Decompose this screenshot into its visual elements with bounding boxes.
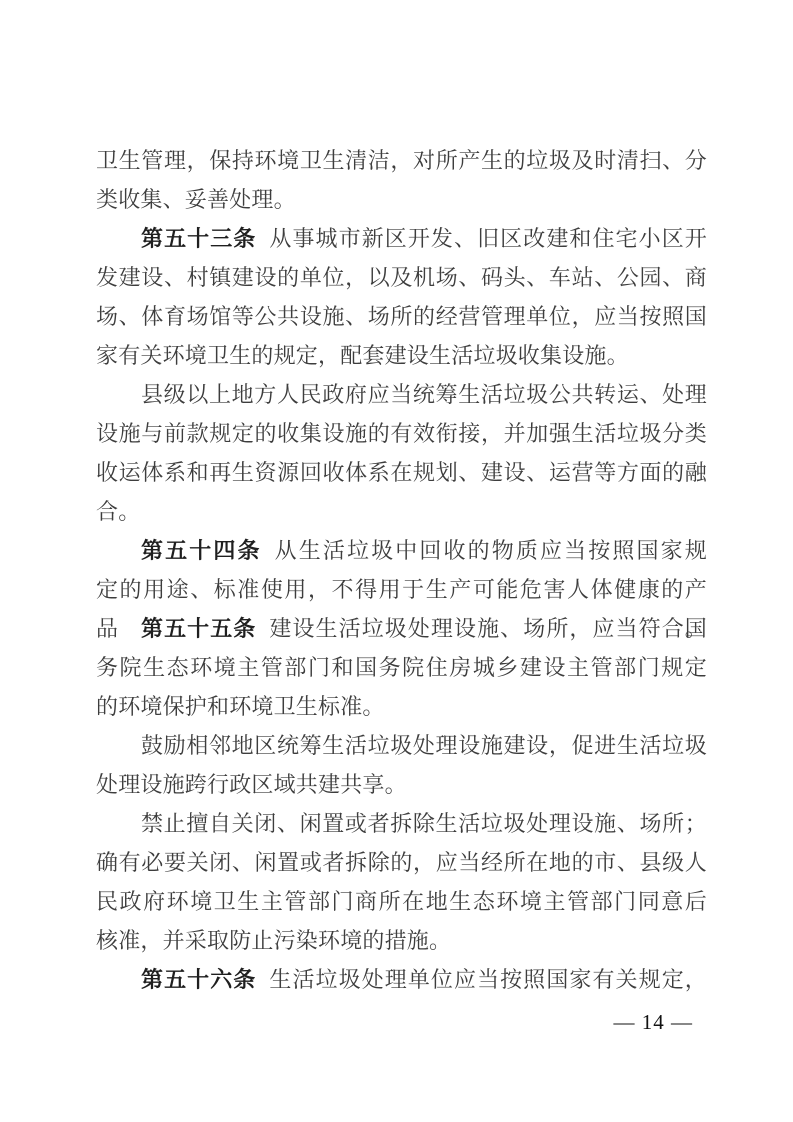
text-line: 民政府环境卫生主管部门商所在地生态环境主管部门同意后 [96, 882, 707, 921]
document-body: 卫生管理，保持环境卫生清洁，对所产生的垃圾及时清扫、分 类收集、妥善处理。 第五… [96, 141, 707, 999]
page-number: — 14 — [614, 1008, 694, 1036]
text-line-body: 从事城市新区开发、旧区改建和住宅小区开 [269, 226, 707, 251]
text-line: 处理设施跨行政区域共建共享。 [96, 765, 707, 804]
text-line: 第五十六条生活垃圾处理单位应当按照国家有关规定， [96, 960, 707, 999]
text-line: 确有必要关闭、闲置或者拆除的，应当经所在地的市、县级人 [96, 843, 707, 882]
text-line: 家有关环境卫生的规定，配套建设生活垃圾收集设施。 [96, 336, 707, 375]
text-line: 定的用途、标准使用，不得用于生产可能危害人体健康的产品。 [96, 570, 707, 609]
text-line: 务院生态环境主管部门和国务院住房城乡建设主管部门规定 [96, 648, 707, 687]
text-line: 场、体育场馆等公共设施、场所的经营管理单位，应当按照国 [96, 297, 707, 336]
text-line: 第五十五条建设生活垃圾处理设施、场所，应当符合国 [96, 609, 707, 648]
text-line: 发建设、村镇建设的单位，以及机场、码头、车站、公园、商 [96, 258, 707, 297]
article-number: 第五十三条 [141, 226, 256, 251]
article-number: 第五十四条 [141, 538, 262, 563]
text-line: 合。 [96, 492, 707, 531]
text-line-body: 生活垃圾处理单位应当按照国家有关规定， [269, 967, 707, 992]
text-line: 核准，并采取防止污染环境的措施。 [96, 921, 707, 960]
text-line-body: 建设生活垃圾处理设施、场所，应当符合国 [269, 616, 707, 641]
text-line: 卫生管理，保持环境卫生清洁，对所产生的垃圾及时清扫、分 [96, 141, 707, 180]
text-line: 县级以上地方人民政府应当统筹生活垃圾公共转运、处理 [96, 375, 707, 414]
document-page: 卫生管理，保持环境卫生清洁，对所产生的垃圾及时清扫、分 类收集、妥善处理。 第五… [0, 0, 793, 1122]
text-line: 设施与前款规定的收集设施的有效衔接，并加强生活垃圾分类 [96, 414, 707, 453]
text-line: 类收集、妥善处理。 [96, 180, 707, 219]
text-line: 收运体系和再生资源回收体系在规划、建设、运营等方面的融 [96, 453, 707, 492]
text-line: 第五十四条从生活垃圾中回收的物质应当按照国家规 [96, 531, 707, 570]
text-line-body: 从生活垃圾中回收的物质应当按照国家规 [275, 538, 707, 563]
text-line: 禁止擅自关闭、闲置或者拆除生活垃圾处理设施、场所； [96, 804, 707, 843]
article-number: 第五十六条 [141, 967, 256, 992]
text-line: 鼓励相邻地区统筹生活垃圾处理设施建设，促进生活垃圾 [96, 726, 707, 765]
text-line: 的环境保护和环境卫生标准。 [96, 687, 707, 726]
article-number: 第五十五条 [141, 616, 256, 641]
text-line: 第五十三条从事城市新区开发、旧区改建和住宅小区开 [96, 219, 707, 258]
